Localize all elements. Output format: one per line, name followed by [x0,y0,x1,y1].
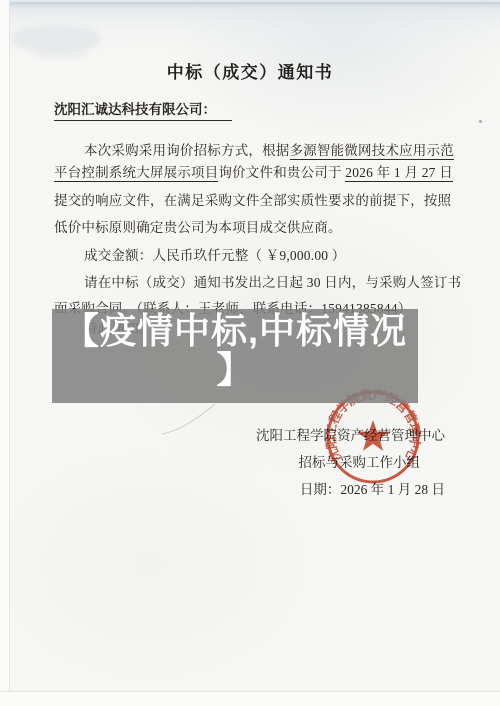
body-line-3: 提交的响应文件，在满足采购文件全部实质性要求的前提下，按照 [54,189,451,209]
amount-line: 成交金额：人民币玖仟元整（ ￥9,000.00 ） [84,244,346,264]
scan-left-edge [0,0,10,706]
body-line-2-text: 询价文件和贵公司于 [218,165,345,180]
body-line-2: 平台控制系统大屏展示项目询价文件和贵公司于 2026 年 1 月 27 日 [54,161,453,181]
scan-bottom-edge [0,691,500,706]
body-line-1-text: 本次采购采用询价招标方式，根据 [84,143,290,158]
scan-top-edge [7,2,500,11]
body-line-6: 请在中标（成交）通知书发出之日起 30 日内，与采购人签订书 [84,271,461,291]
page-title: 中标（成交）通知书 [0,58,500,83]
recipient-line: 沈阳汇诚达科技有限公司： [54,98,232,121]
scan-speck [479,120,482,123]
overlay-caption-band: 【疫情中标,中标情况 】 [52,309,418,403]
body-line-2-underlined-date: 2026 年 1 月 27 日 [345,165,453,182]
body-line-1: 本次采购采用询价招标方式，根据多源智能微网技术应用示范 [84,139,454,159]
overlay-caption-line1: 【疫情中标,中标情况 [63,309,407,352]
body-line-4: 低价中标原则确定贵公司为本项目成交供应商。 [54,216,342,236]
scanned-document-page: 中标（成交）通知书 沈阳汇诚达科技有限公司： 本次采购采用询价招标方式，根据多源… [0,0,500,706]
seal-star [357,420,389,451]
overlay-caption-line2: 】 [216,350,253,390]
body-line-2-underlined-project: 平台控制系统大屏展示项目 [54,165,218,182]
body-line-1-underlined: 多源智能微网技术应用示范 [290,143,454,160]
